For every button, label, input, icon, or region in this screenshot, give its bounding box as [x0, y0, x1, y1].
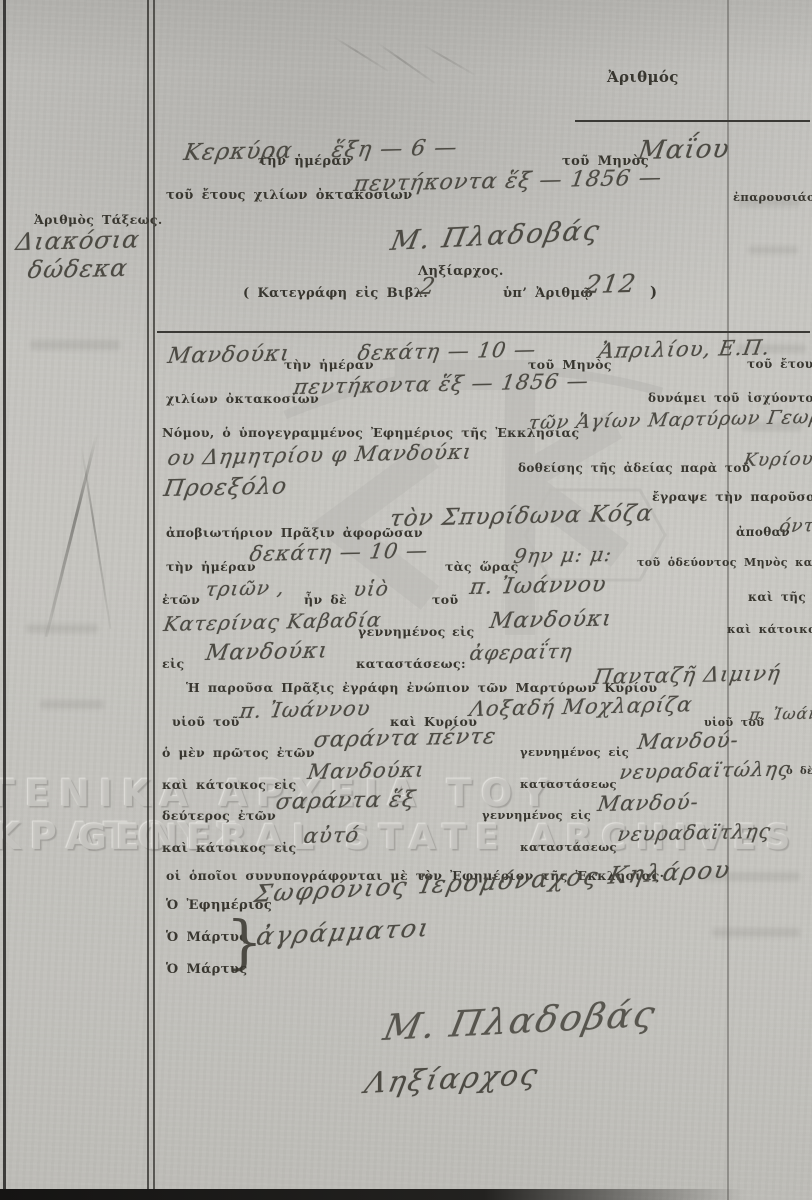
and-of-label: καὶ τῆς — [748, 590, 806, 604]
first-witness-resident-label: καὶ κάτοικος εἰς — [162, 777, 297, 792]
margin-double-rule-a — [147, 0, 149, 1200]
order-number-value-line2: δώδεκα — [26, 254, 130, 284]
death-day-value: δεκάτη — 10 — — [248, 538, 430, 566]
residence-place: Μανδούκι — [204, 638, 330, 666]
second-witness-age-label: δεύτερος ἐτῶν — [162, 808, 276, 823]
second-witness-resident-label: καὶ κάτοικος εἰς — [162, 840, 297, 855]
scanned-register-page: ΓΕΝΙΚΑ ΑΡΧΕΙΑ ΤΟΥ ΚΡΑΤΟΥΣ GENERAL STATE … — [0, 0, 812, 1200]
bleedthrough-mark — [30, 340, 120, 350]
witness1-father: π. Ἰωάννου — [238, 696, 373, 723]
second-witness-condition-label: καταστάσεως — [520, 840, 617, 854]
authority-name: Προεξόλο — [162, 473, 289, 502]
resident-label: καὶ κάτοικος — [727, 622, 812, 636]
second-witness-born-label: γεννημένος εἰς — [482, 808, 591, 822]
scan-edge-bottom — [0, 1189, 745, 1200]
pencil-stroke — [81, 446, 112, 629]
presented-label: ἐπαρουσιάσθη — [733, 190, 812, 204]
second-witness-condition: νευραδαϊτλης — [616, 819, 773, 846]
witness1-son-label: υἱοῦ τοῦ — [172, 714, 240, 729]
priest-clause-label: Νόμου, ὁ ὑπογεγραμμένος Ἐφημέριος τῆς Ἐκ… — [162, 425, 579, 440]
order-number-value-line1: Διακόσια — [14, 225, 142, 256]
first-witness-age: σαράντα πέντε — [312, 724, 498, 753]
permission-kyriou: Κυρίου — [742, 449, 812, 471]
second-witness-intro-label: ὁ δὲ — [786, 766, 812, 777]
same-month-label: τοῦ ὁδεύοντος Μηνὸς καὶ ἔτους — [637, 556, 812, 569]
was-label: ἦν δὲ — [304, 592, 347, 607]
under-number-label: ὑπ’ Ἀριθμῷ — [503, 286, 593, 301]
act-year-label: τοῦ ἔτους — [747, 357, 812, 371]
book-number-value: 2 — [418, 274, 438, 300]
bylaw-label: δυνάμει τοῦ ἰσχύοντος — [648, 391, 812, 405]
bleedthrough-mark — [712, 928, 800, 937]
registration-month: Μαΐου — [636, 134, 732, 166]
second-witness-birthplace: Μανδού- — [596, 790, 701, 816]
order-number-label: Ἀριθμὸς Τάξεως. — [34, 212, 163, 227]
first-witness-age-label: ὁ μὲν πρῶτος ἐτῶν — [162, 745, 315, 760]
death-day-label: τὴν ἡμέραν — [166, 559, 256, 574]
first-witness-condition: νευραδαϊτώλης — [618, 756, 792, 784]
registrar-signature-top: Μ. Πλαδοβάς — [388, 215, 604, 257]
close-paren: ) — [650, 283, 658, 301]
margin-double-rule-b — [153, 0, 155, 1200]
first-witness-birthplace: Μανδού- — [636, 728, 741, 754]
condition-label: καταστάσεως: — [356, 656, 466, 671]
wrote-present-label: ἔγραψε τὴν παροῦσαν — [652, 489, 812, 504]
born-at-label: εἰς — [452, 624, 474, 639]
father-name: π. Ἰωάννου — [468, 572, 608, 600]
registration-day: ἕξη — 6 — — [330, 135, 459, 163]
hours-label: τὰς ὥρας — [445, 559, 519, 574]
hours-value: 9ην μ: μ: — [512, 542, 614, 568]
second-witness-age: σαράντα ἕξ — [274, 787, 417, 815]
permission-label: δοθείσης τῆς ἀδείας παρὰ τοῦ — [518, 461, 751, 475]
first-witness-condition-label: καταστάσεως — [520, 777, 617, 791]
first-witness-born-label: γεννημένος εἰς — [520, 745, 629, 759]
pencil-stroke — [45, 433, 98, 637]
pencil-scribble — [423, 44, 476, 76]
scan-edge-left — [3, 0, 6, 1200]
registrar-title-handwritten: Ληξίαρχος — [362, 1057, 542, 1100]
registry-number-value: 212 — [583, 269, 638, 299]
died-suffix: όντα — [778, 515, 812, 537]
age-label: ἐτῶν — [162, 592, 200, 607]
residence-at-label: εἰς — [162, 656, 184, 671]
mother-name: Κατερίνας Καβαδία — [162, 607, 383, 636]
act-month-value: Ἀπριλίου, Ε.Π. — [597, 335, 772, 363]
witness2-name: Λοξαδή Μοχλαρίζα — [468, 692, 694, 721]
header-rule — [575, 120, 810, 122]
illiterate-note: ἀγράμματοι — [254, 913, 433, 951]
witnesses-intro-label: Ἡ παροῦσα Πρᾶξις ἐγράφη ἐνώπιον τῶν Μαρτ… — [186, 680, 657, 695]
born-label: γεννημένος — [358, 624, 446, 639]
of-label: τοῦ — [432, 592, 459, 607]
right-column-rule — [727, 0, 729, 1200]
condition-value: ἀφεραΐτη — [468, 639, 574, 665]
pencil-scribble — [333, 36, 388, 72]
bleedthrough-mark — [40, 700, 104, 709]
arithmos-label: Ἀριθμός — [607, 68, 679, 86]
witness1-name: Πανταζῆ Διμινή — [592, 661, 783, 689]
registration-year: πεντήκοντα ἕξ — 1856 — — [352, 166, 664, 197]
act-day-value: δεκάτη — 10 — — [356, 337, 538, 365]
birthplace: Μανδούκι — [488, 606, 614, 634]
section-divider-rule — [157, 331, 810, 333]
bleedthrough-mark — [748, 246, 798, 254]
priest-signature: Σωφρόνιος Ἱερομόναχος Κηλάρου — [252, 855, 734, 908]
registrar-signature-bottom: Μ. Πλαδοβάς — [380, 994, 660, 1049]
bleedthrough-mark — [26, 624, 98, 633]
recorded-in-book-label: ( Κατεγράφη εἰς Βιβλ. — [243, 286, 428, 301]
witness2-father: π. Ἰωάννου — [748, 703, 812, 724]
death-act-label: ἀποβιωτήριον Πρᾶξιν ἀφορῶσαν — [166, 525, 423, 540]
age-value: τριῶν , — [204, 575, 287, 601]
second-witness-residence: αὐτό — [302, 823, 361, 848]
first-witness-residence: Μανδούκι — [306, 758, 427, 784]
son-word: υἱὸ — [352, 576, 391, 601]
witness2-line-label: Ὁ Μάρτυς — [166, 962, 248, 977]
act-locality: Μανδούκι — [166, 341, 292, 369]
